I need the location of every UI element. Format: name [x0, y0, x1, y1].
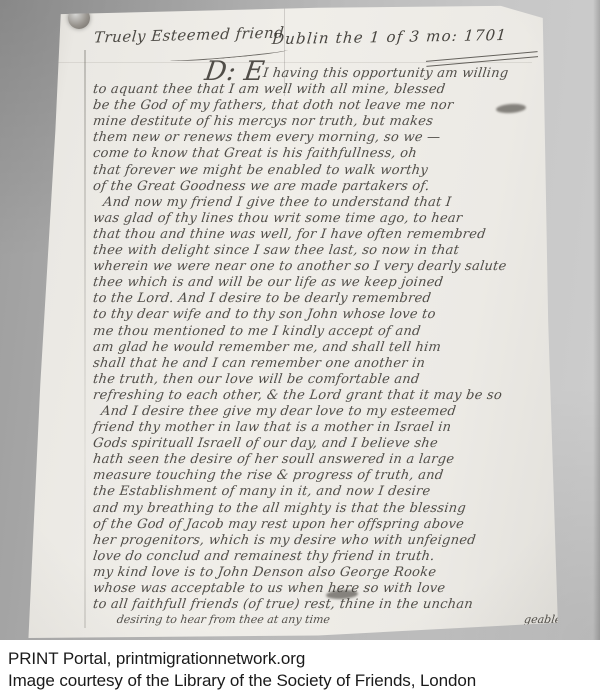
- manuscript-final-line: desiring to hear from thee at any timege…: [92, 613, 566, 626]
- manuscript-line: them new or renews them every morning, s…: [92, 130, 566, 146]
- manuscript-line: And I desire thee give my dear love to m…: [92, 404, 566, 420]
- manuscript-line: mine destitute of his mercys nor truth, …: [92, 114, 566, 130]
- manuscript-line: friend thy mother in law that is a mothe…: [92, 420, 566, 436]
- manuscript-line: to the Lord. And I desire to be dearly r…: [92, 291, 566, 307]
- manuscript-line: shall that he and I can remember one ano…: [92, 356, 566, 372]
- manuscript-line: I having this opportunity am willing: [92, 66, 566, 82]
- caption-credit-line: Image courtesy of the Library of the Soc…: [8, 670, 594, 692]
- letter-salutation: Truely Esteemed friend: [93, 23, 285, 46]
- photo-edge-shadow: [593, 0, 600, 640]
- manuscript-line: the Establishment of many in it, and now…: [92, 484, 566, 500]
- manuscript-line: of the Great Goodness we are made partak…: [92, 179, 566, 195]
- manuscript-page: Truely Esteemed friend Dublin the 1 of 3…: [0, 0, 600, 699]
- caption-portal-line: PRINT Portal, printmigrationnetwork.org: [8, 648, 594, 670]
- manuscript-line: was glad of thy lines thou writ some tim…: [92, 211, 566, 227]
- final-line-left: desiring to hear from thee at any time: [116, 613, 331, 626]
- letter-paper: Truely Esteemed friend Dublin the 1 of 3…: [22, 4, 560, 638]
- manuscript-line: wherein we were near one to another so I…: [92, 259, 566, 275]
- manuscript-line: of the God of Jacob may rest upon her of…: [92, 517, 566, 533]
- manuscript-line: my kind love is to John Denson also Geor…: [92, 565, 566, 581]
- manuscript-line: to all faithfull friends (of true) rest,…: [92, 597, 566, 613]
- paper-fastener-icon: [68, 7, 90, 29]
- manuscript-line: to thy dear wife and to thy son John who…: [92, 307, 566, 323]
- manuscript-line: her progenitors, which is my desire who …: [92, 533, 566, 549]
- manuscript-line: Gods spirituall Israell of our day, and …: [92, 436, 566, 452]
- manuscript-line: the truth, then our love will be comfort…: [92, 372, 566, 388]
- manuscript-line: come to know that Great is his faithfull…: [92, 146, 566, 162]
- manuscript-line: am glad he would remember me, and shall …: [92, 340, 566, 356]
- manuscript-line: hath seen the desire of her soull answer…: [92, 452, 566, 468]
- flourish-underline: [426, 51, 538, 67]
- manuscript-line: measure touching the rise & progress of …: [92, 468, 566, 484]
- manuscript-line: thee with delight since I saw thee last,…: [92, 243, 566, 259]
- manuscript-line: thee which is and will be our life as we…: [92, 275, 566, 291]
- letter-dateline: Dublin the 1 of 3 mo: 1701: [271, 26, 508, 48]
- manuscript-lines: I having this opportunity am willingto a…: [92, 66, 564, 626]
- final-line-right: geable.: [523, 613, 565, 626]
- manuscript-photo: Truely Esteemed friend Dublin the 1 of 3…: [0, 0, 600, 640]
- image-caption: PRINT Portal, printmigrationnetwork.org …: [0, 640, 600, 699]
- manuscript-line: me thou mentioned to me I kindly accept …: [92, 324, 566, 340]
- manuscript-line: be the God of my fathers, that doth not …: [92, 98, 566, 114]
- manuscript-line: that forever we might be enabled to walk…: [92, 163, 566, 179]
- manuscript-line: that thou and thine was well, for I have…: [92, 227, 566, 243]
- fold-crease: [84, 50, 86, 628]
- manuscript-line: and my breathing to the all mighty is th…: [92, 501, 566, 517]
- manuscript-line: refreshing to each other, & the Lord gra…: [92, 388, 566, 404]
- manuscript-line: love do conclud and remainest thy friend…: [92, 549, 566, 565]
- manuscript-line: to aquant thee that I am well with all m…: [92, 82, 566, 98]
- manuscript-line: And now my friend I give thee to underst…: [92, 195, 566, 211]
